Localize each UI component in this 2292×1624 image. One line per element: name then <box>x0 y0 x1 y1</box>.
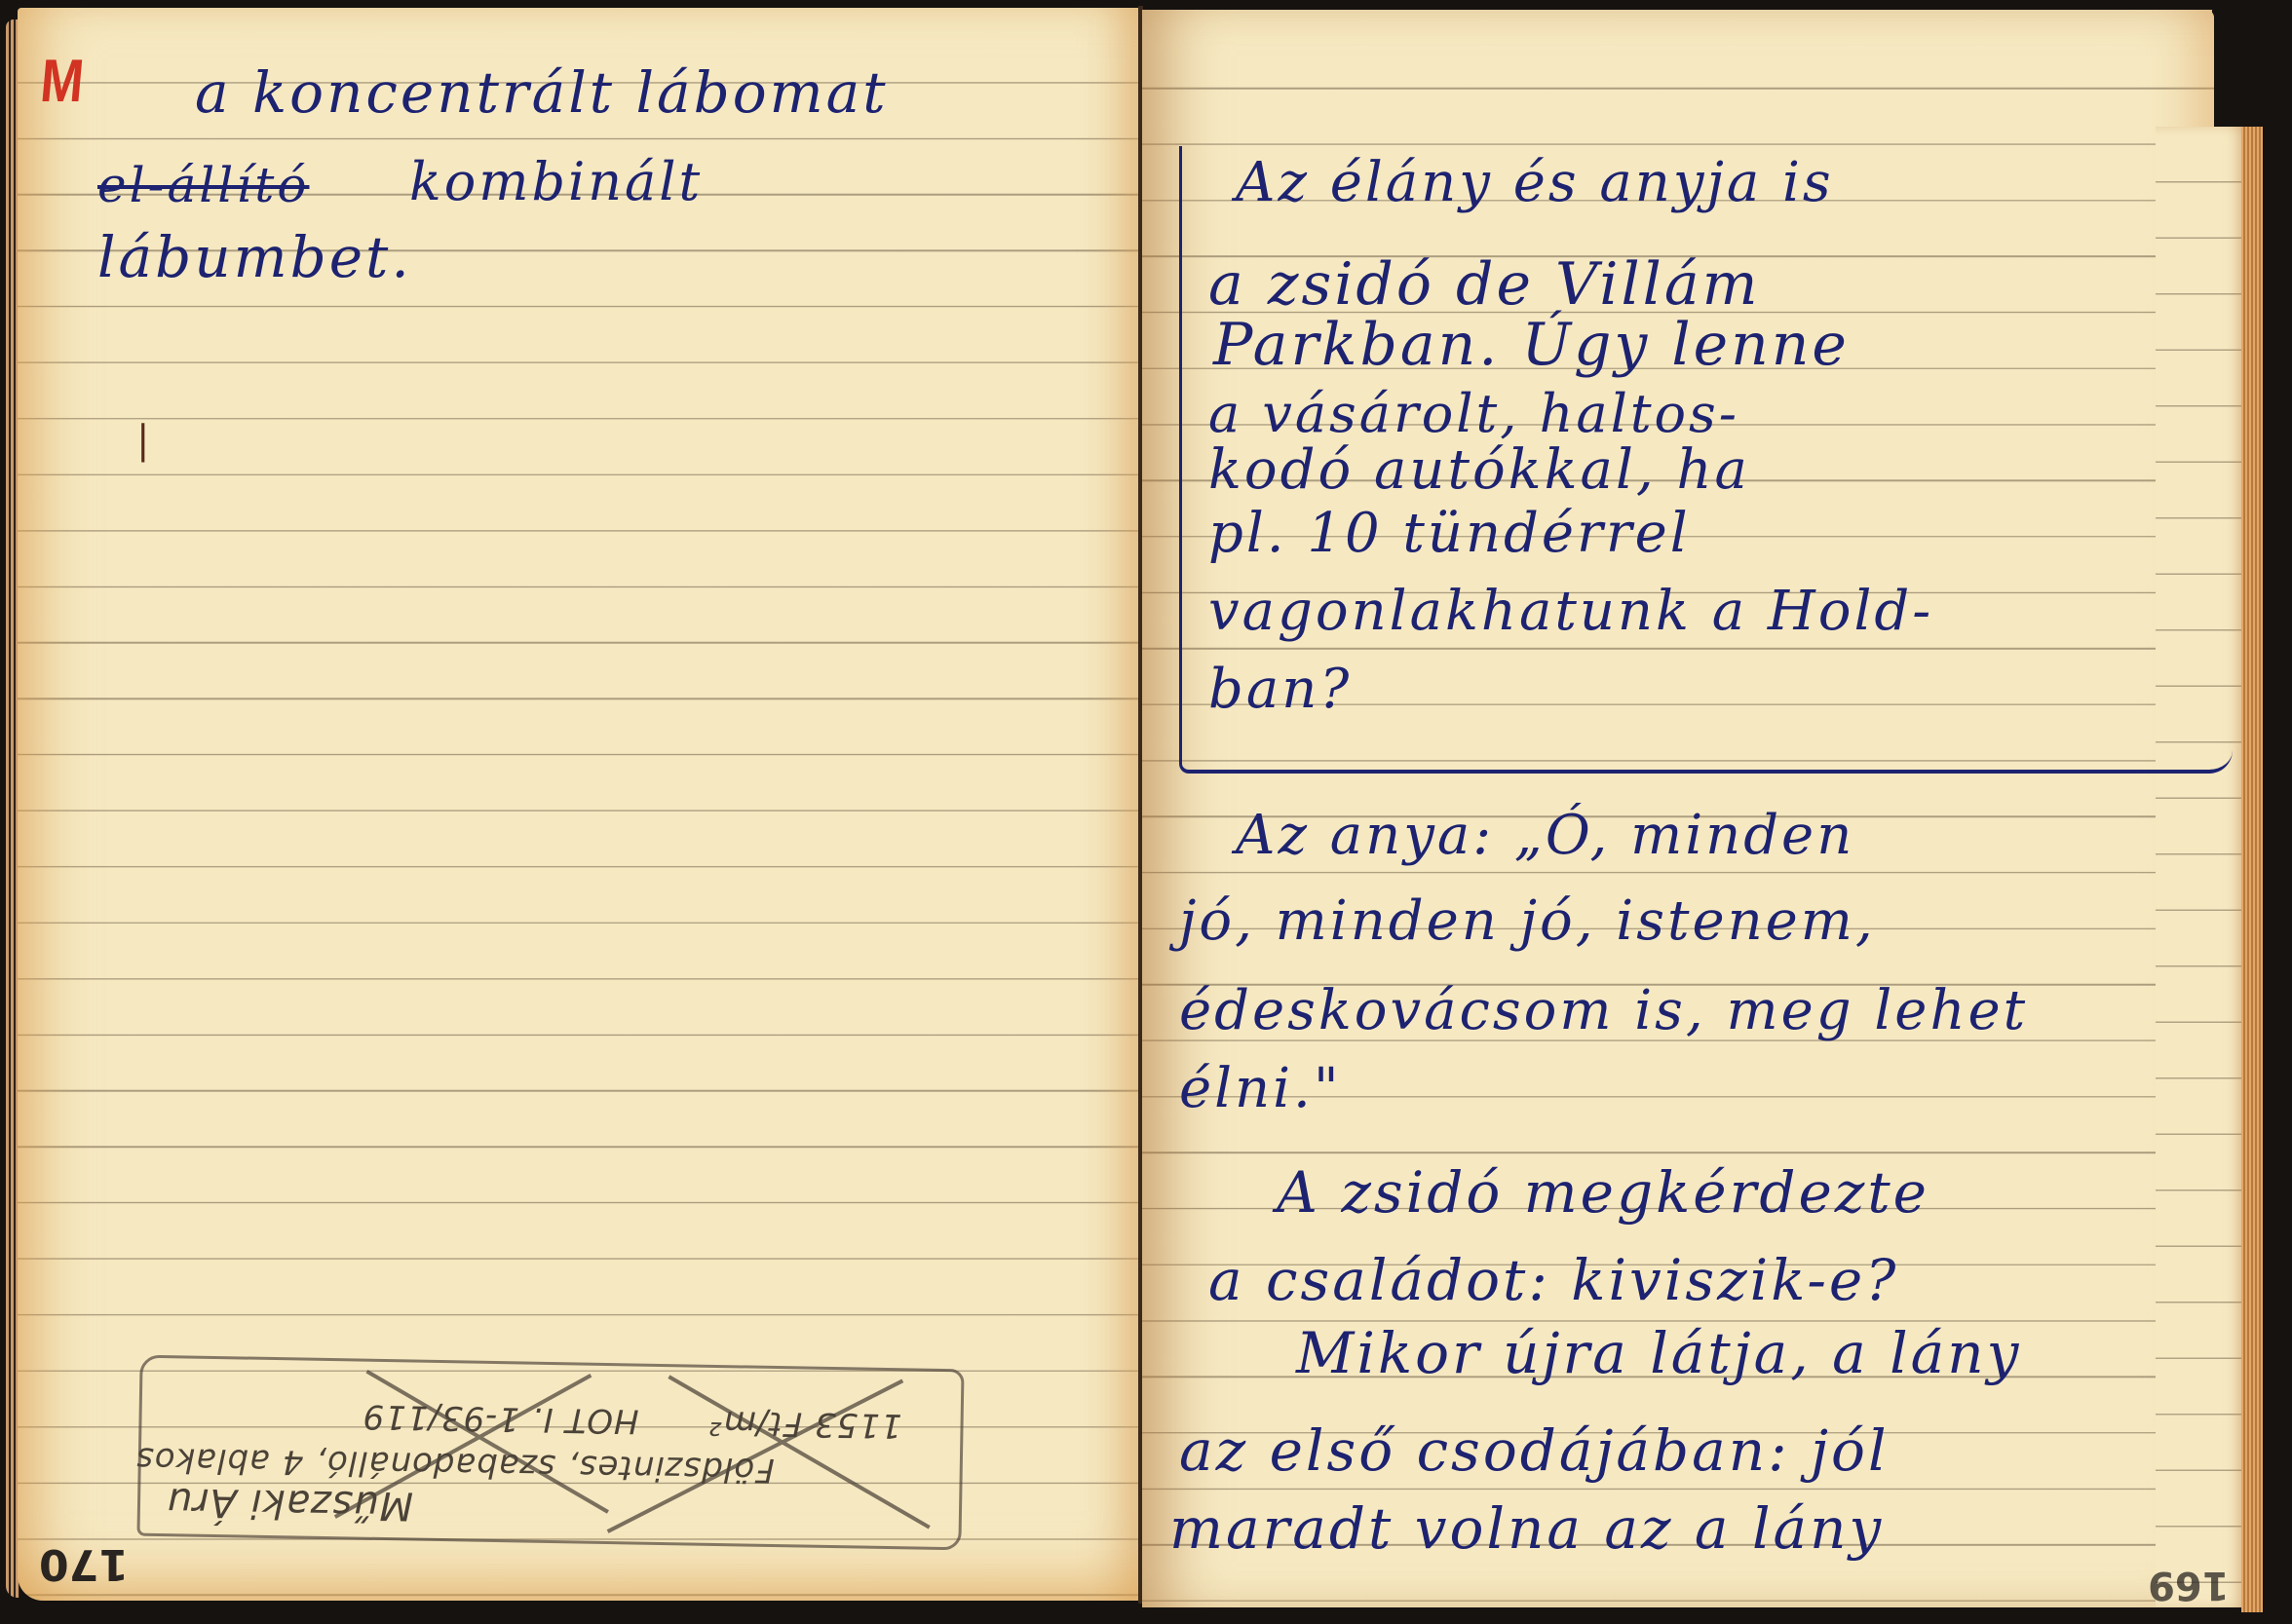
paragraph3-line-2: a családot: kiviszik-e? <box>1208 1252 1898 1308</box>
stray-pen-mark: | <box>136 421 152 460</box>
paragraph3-line-3: Mikor újra látja, a lány <box>1296 1325 2021 1381</box>
left-line-2b: kombinált <box>409 156 703 208</box>
pencil-line-3: HOT I. 1-93/119 <box>362 1397 639 1441</box>
pencil-line-4: 1153 Ft/m² <box>708 1403 902 1445</box>
notebook-spread: M a koncentrált lábomat el-állító kombin… <box>0 0 2292 1624</box>
page-number-left: 170 <box>39 1539 129 1589</box>
paragraph3-line-1: A zsidó megkérdezte <box>1277 1164 1929 1221</box>
paragraph2-line-1: Az anya: „Ó, minden <box>1236 809 1854 863</box>
boxed-line-5: kodó autókkal, ha <box>1208 443 1750 498</box>
boxed-line-1: Az élány és anyja is <box>1236 156 1834 210</box>
pencil-line-1: Műszaki Áru <box>166 1479 413 1528</box>
boxed-line-8: ban? <box>1208 662 1352 717</box>
boxed-line-7: vagonlakhatunk a Hold- <box>1208 585 1933 639</box>
crossed-out-pencil-note: Műszaki Áru Földszintes, szabadonálló, 4… <box>136 1355 964 1551</box>
paragraph2-line-2: jó, minden jó, istenem, <box>1179 894 1876 949</box>
boxed-line-4: a vásárolt, haltos- <box>1208 388 1739 440</box>
boxed-line-3: Parkban. Úgy lenne <box>1213 316 1850 374</box>
margin-red-mark: M <box>38 47 87 116</box>
boxed-line-6: pl. 10 tündérrel <box>1208 507 1691 561</box>
paragraph3-line-4: az első csodájában: jól <box>1179 1422 1890 1479</box>
boxed-line-2: a zsidó de Villám <box>1208 255 1761 314</box>
page-number-right: 169 <box>2148 1563 2230 1607</box>
left-line-2-struck: el-állító <box>97 161 309 209</box>
paragraph2-line-3: édeskovácsom is, meg lehet <box>1179 984 2028 1039</box>
left-line-3: lábumbet. <box>97 229 412 285</box>
right-page-edges <box>2241 127 2263 1612</box>
paragraph2-line-4: élni." <box>1179 1062 1342 1116</box>
paragraph3-line-5: maradt volna az a lány <box>1169 1500 1884 1557</box>
left-line-1: a koncentrált lábomat <box>195 64 889 121</box>
